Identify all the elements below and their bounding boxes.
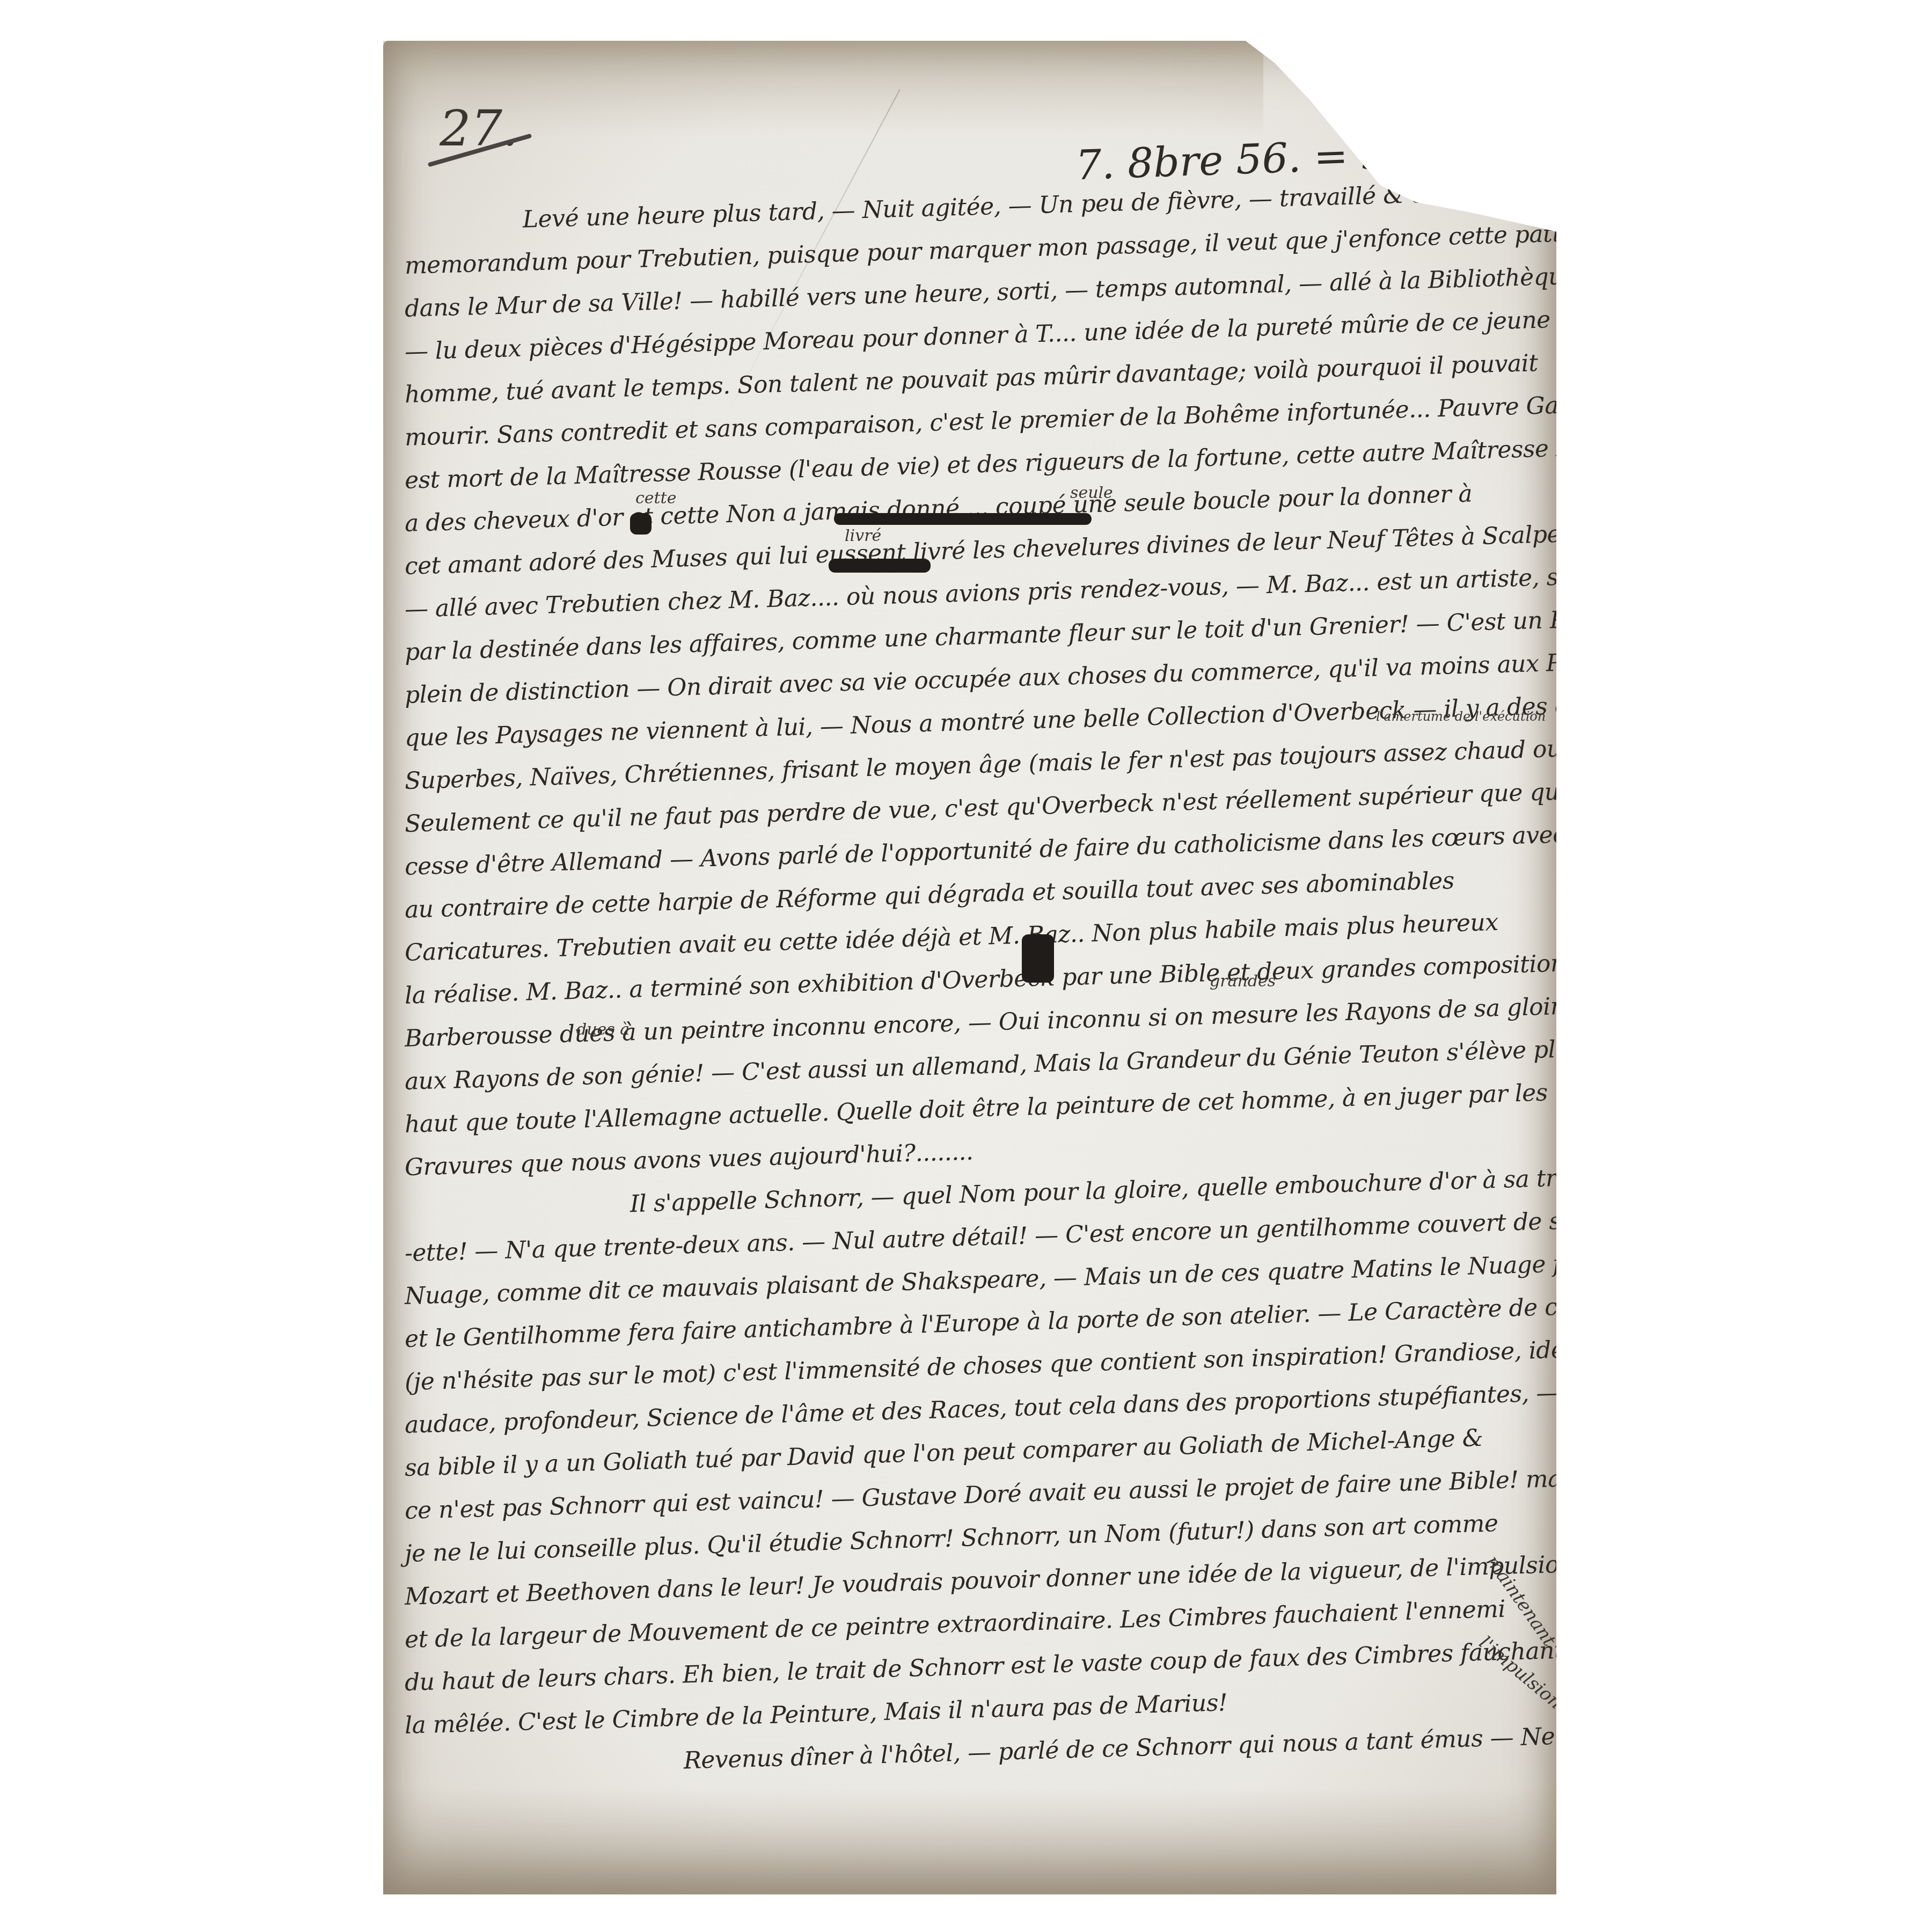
ink-blot xyxy=(630,513,652,535)
strikethrough-blot xyxy=(834,513,1092,525)
interlinear-insertion: seule xyxy=(1070,484,1113,502)
interlinear-insertion: l'amertume de l'exécution xyxy=(1376,709,1546,724)
manuscript-page: 27. 7. 8bre 56. = Sam Levé une heure plu… xyxy=(383,41,1556,1894)
age-stain-bottom xyxy=(383,1787,1556,1894)
journal-text: Levé une heure plus tard, — Nuit agitée,… xyxy=(405,202,1542,1790)
interlinear-insertion: livré xyxy=(845,526,881,545)
interlinear-insertion: dues à xyxy=(576,1020,630,1039)
strikethrough-blot xyxy=(829,559,931,573)
interlinear-insertion: cette xyxy=(635,489,676,508)
ink-blot xyxy=(1022,934,1054,983)
interlinear-insertion: grandes xyxy=(1210,972,1276,991)
